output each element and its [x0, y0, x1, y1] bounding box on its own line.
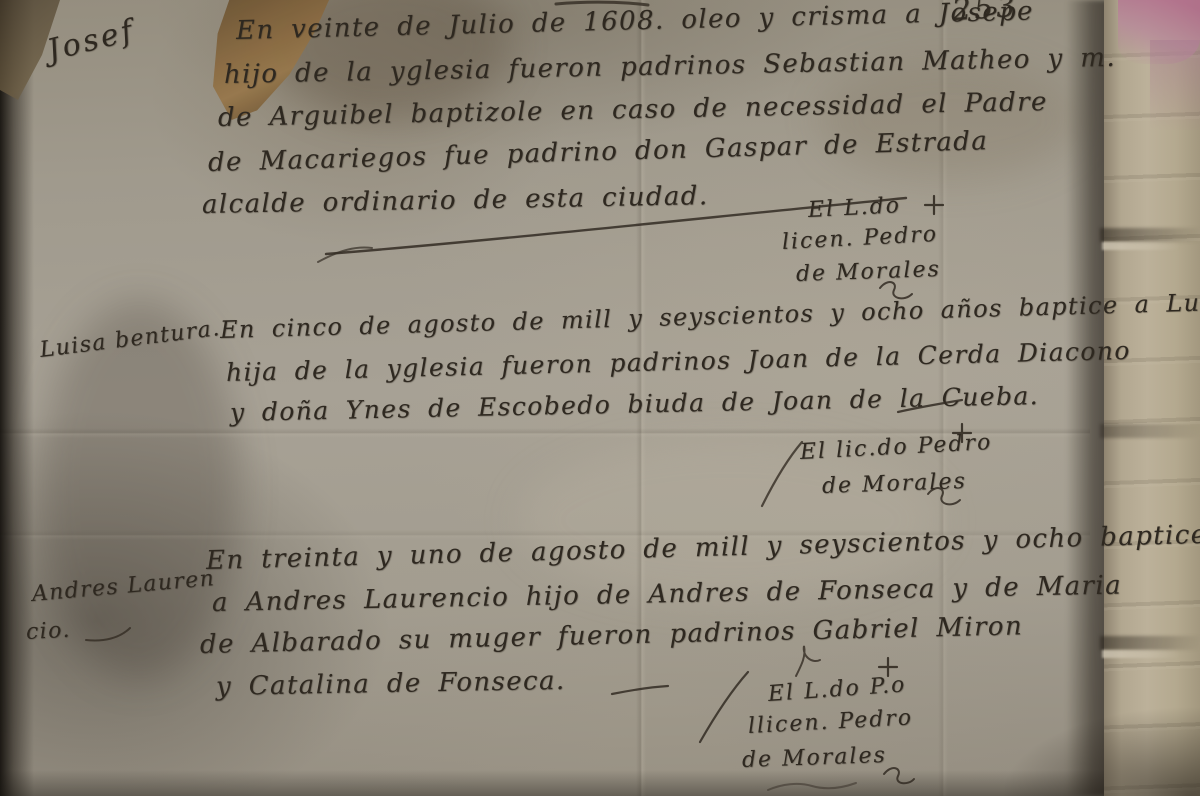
margin-note-entry-3-line-2: cio. [25, 618, 71, 645]
tear-highlight [1102, 242, 1200, 250]
signature-1-line-1: El L.do [807, 193, 901, 223]
tear-shadow [1100, 228, 1200, 242]
signature-3-line-3: de Morales [742, 743, 888, 773]
manuscript-photo: 253 Josef En veinte de Julio de 1608. ol… [0, 0, 1200, 796]
torn-page-strip [1104, 0, 1200, 796]
entry-3-line-4: y Catalina de Fonseca. [216, 666, 566, 702]
tear-shadow [1100, 636, 1200, 650]
corner-shadow [1000, 706, 1200, 796]
binding-gutter-shadow [0, 0, 34, 796]
signature-2-line-2: de Morales [822, 469, 968, 499]
signature-1-line-3: de Morales [796, 257, 942, 287]
tear-shadow [1100, 424, 1200, 438]
tear-highlight [1102, 650, 1200, 658]
